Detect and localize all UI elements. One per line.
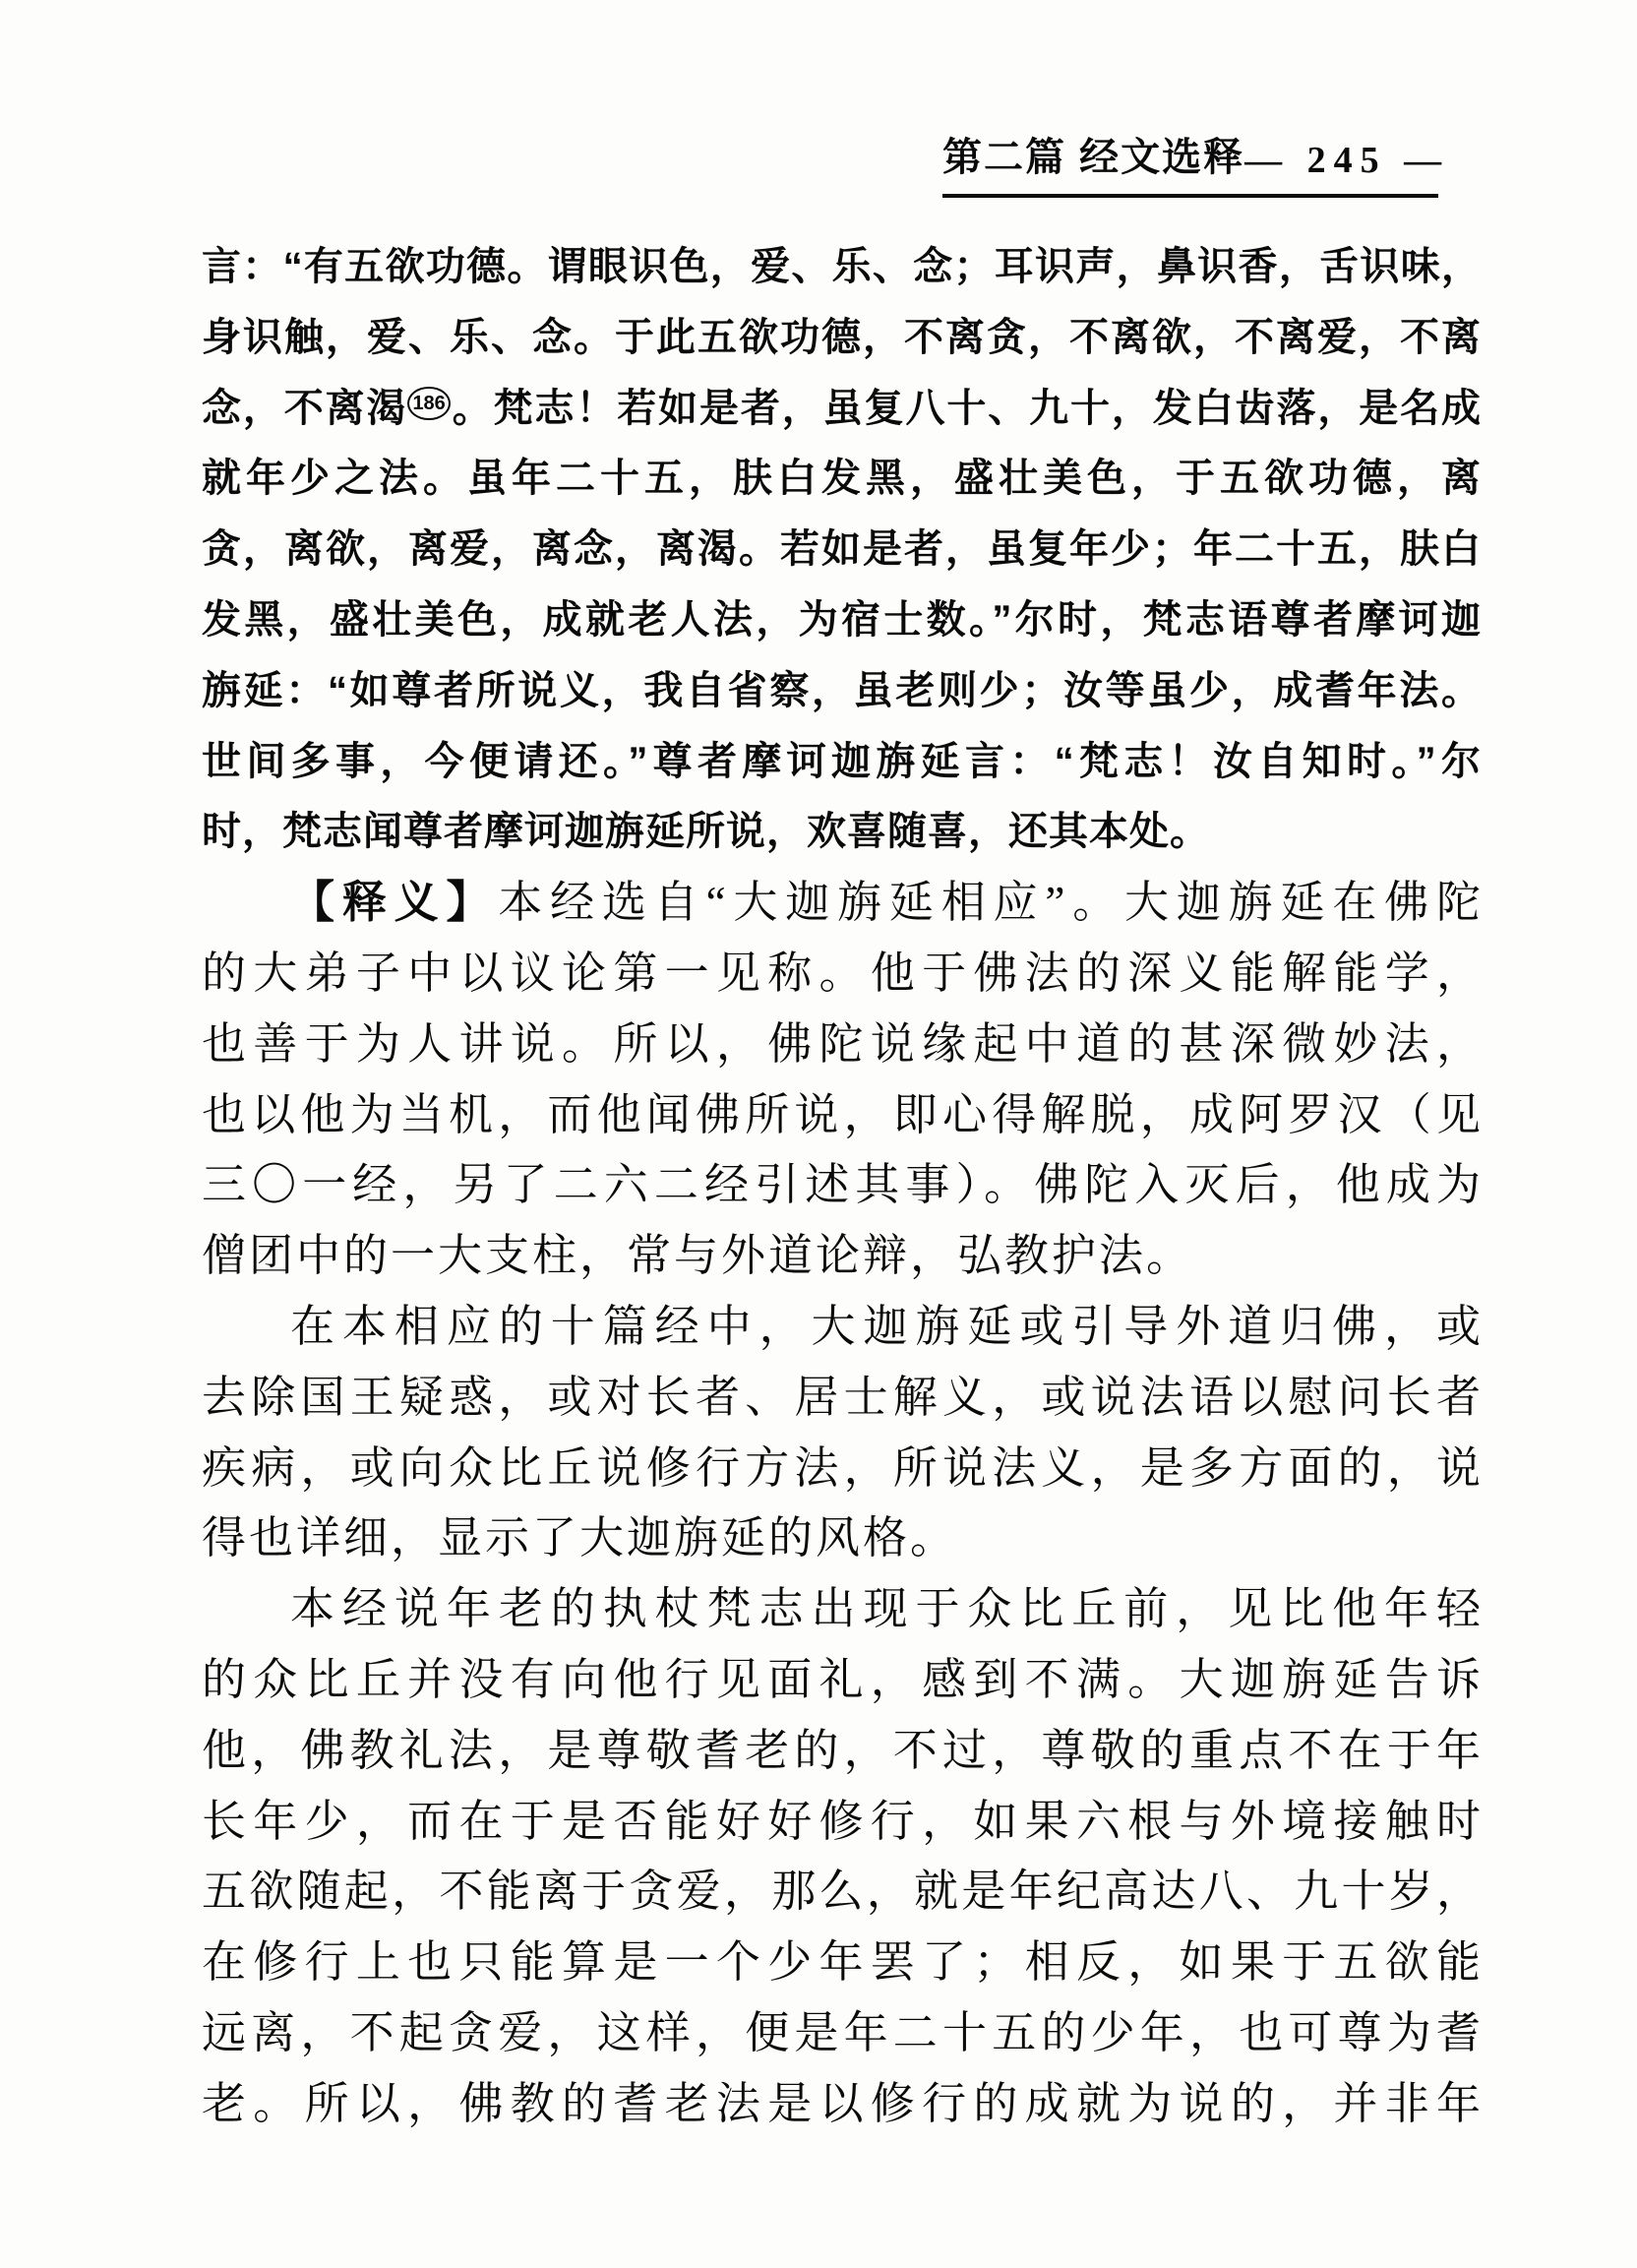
text-line: 也善于为人讲说。所以，佛陀说缘起中道的甚深微妙法， — [202, 1010, 1481, 1080]
book-page: 第二篇 经文选释 — 245 — 言：“有五欲功德。谓眼识色，爱、乐、念；耳识声… — [0, 0, 1637, 2268]
text-line: 世间多事，今便请还。”尊者摩诃迦旃延言：“梵志！汝自知时。”尔 — [202, 727, 1481, 798]
text-line: 在本相应的十篇经中，大迦旃延或引导外道归佛，或 — [202, 1292, 1481, 1363]
text-line: 长年少，而在于是否能好好修行，如果六根与外境接触时 — [202, 1787, 1481, 1858]
text-line: 时，梵志闻尊者摩诃迦旃延所说，欢喜随喜，还其本处。 — [202, 797, 1481, 868]
text-line: 去除国王疑惑，或对长者、居士解义，或说法语以慰问长者 — [202, 1363, 1481, 1434]
running-head: 第二篇 经文选释 — 245 — — [942, 126, 1438, 198]
text-line: 也以他为当机，而他闻佛所说，即心得解脱，成阿罗汉（见 — [202, 1080, 1481, 1151]
text-segment: 。梵志！若如是者，虽复八十、九十，发白齿落，是名成 — [451, 387, 1481, 430]
text-line: 本经说年老的执杖梵志出现于众比丘前，见比他年轻 — [202, 1574, 1481, 1645]
text-line: 旃延：“如尊者所说义，我自省察，虽老则少；汝等虽少，成耆年法。 — [202, 656, 1481, 727]
text-line: 发黑，盛壮美色，成就老人法，为宿士数。”尔时，梵志语尊者摩诃迦 — [202, 585, 1481, 656]
commentary-paragraph-3: 本经说年老的执杖梵志出现于众比丘前，见比他年轻 的众比丘并没有向他行见面礼，感到… — [202, 1574, 1481, 2139]
text-line: 的大弟子中以议论第一见称。他于佛法的深义能解能学， — [202, 939, 1481, 1010]
commentary-paragraph-2: 在本相应的十篇经中，大迦旃延或引导外道归佛，或 去除国王疑惑，或对长者、居士解义… — [202, 1292, 1481, 1574]
text-segment: 本经选自“大迦旃延相应”。大迦旃延在佛陀 — [498, 878, 1481, 927]
text-line: 【释义】本经选自“大迦旃延相应”。大迦旃延在佛陀 — [202, 868, 1481, 939]
footnote-marker: 186 — [407, 387, 450, 420]
section-title: 第二篇 经文选释 — [942, 126, 1244, 182]
text-line: 老。所以，佛教的耆老法是以修行的成就为说的，并非年 — [202, 2069, 1481, 2140]
commentary-label: 【释义】 — [290, 878, 498, 927]
page-number: — 245 — — [1244, 139, 1449, 182]
sutra-paragraph: 言：“有五欲功德。谓眼识色，爱、乐、念；耳识声，鼻识香，舌识味， 身识触，爱、乐… — [202, 232, 1481, 868]
text-line: 在修行上也只能算是一个少年罢了；相反，如果于五欲能 — [202, 1928, 1481, 1998]
text-line: 三〇一经，另了二六二经引述其事）。佛陀入灭后，他成为 — [202, 1150, 1481, 1221]
text-line: 言：“有五欲功德。谓眼识色，爱、乐、念；耳识声，鼻识香，舌识味， — [202, 232, 1481, 303]
text-line: 他，佛教礼法，是尊敬耆老的，不过，尊敬的重点不在于年 — [202, 1716, 1481, 1787]
text-line: 疾病，或向众比丘说修行方法，所说法义，是多方面的，说 — [202, 1434, 1481, 1504]
text-line: 五欲随起，不能离于贪爱，那么，就是年纪高达八、九十岁， — [202, 1857, 1481, 1928]
text-line: 身识触，爱、乐、念。于此五欲功德，不离贪，不离欲，不离爱，不离 — [202, 303, 1481, 374]
commentary-paragraph-1: 【释义】本经选自“大迦旃延相应”。大迦旃延在佛陀 的大弟子中以议论第一见称。他于… — [202, 868, 1481, 1292]
text-line: 远离，不起贪爱，这样，便是年二十五的少年，也可尊为耆 — [202, 1998, 1481, 2069]
text-line: 的众比丘并没有向他行见面礼，感到不满。大迦旃延告诉 — [202, 1645, 1481, 1716]
text-line: 得也详细，显示了大迦旃延的风格。 — [202, 1503, 1481, 1574]
text-line: 僧团中的一大支柱，常与外道论辩，弘教护法。 — [202, 1221, 1481, 1292]
text-line: 贪，离欲，离爱，离念，离渴。若如是者，虽复年少；年二十五，肤白 — [202, 515, 1481, 585]
text-line: 就年少之法。虽年二十五，肤白发黑，盛壮美色，于五欲功德，离 — [202, 444, 1481, 515]
text-segment: 念，不离渴 — [202, 387, 407, 430]
text-line: 念，不离渴186。梵志！若如是者，虽复八十、九十，发白齿落，是名成 — [202, 374, 1481, 445]
text-column: 言：“有五欲功德。谓眼识色，爱、乐、念；耳识声，鼻识香，舌识味， 身识触，爱、乐… — [202, 232, 1481, 2140]
